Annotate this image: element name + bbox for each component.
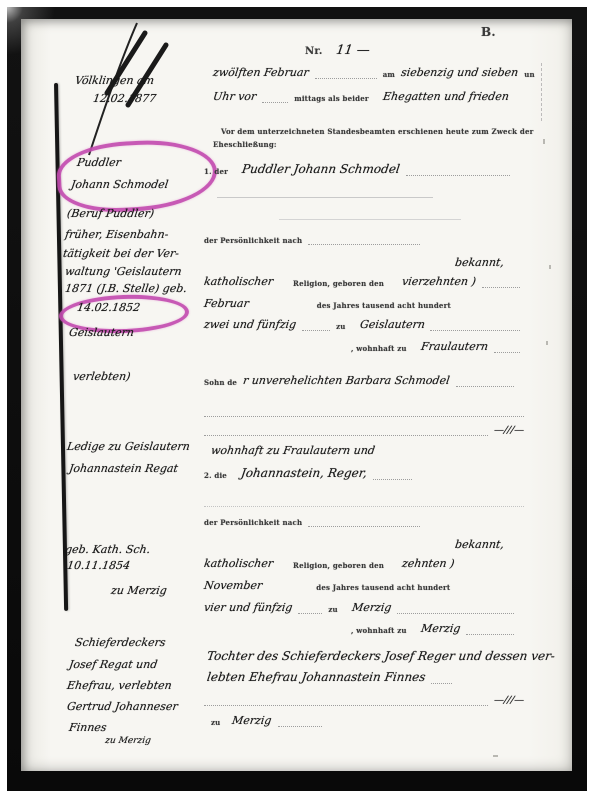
margin-parents-3: Ehefrau, verlebten	[66, 680, 172, 692]
dateline-print-am: am	[383, 70, 395, 79]
margin-verlebten-note: verlebten)	[72, 371, 131, 383]
dateline-print-un: un	[524, 70, 535, 79]
page-content: B. Nr. 11 — Völklingen am 12.02.1877 Pud…	[21, 19, 572, 771]
form-row-pers-bride: der Persönlichkeit nach	[204, 517, 420, 527]
zu-label: zu	[336, 322, 345, 331]
record-number-label: Nr.	[305, 46, 323, 57]
religion-entry: katholischer	[203, 276, 274, 288]
fill-line	[204, 407, 524, 417]
form-row-bekannt-groom: bekannt,	[401, 257, 504, 269]
scan-speck	[543, 139, 545, 144]
margin-parents-4: Gertrud Johanneser	[66, 701, 178, 713]
form-row-blank	[204, 497, 524, 507]
fill-line	[315, 69, 377, 79]
form-row-residence-groom: , wohnhaft zu Fraulautern	[351, 341, 520, 353]
bride-name-entry: Johannastein, Reger,	[240, 467, 368, 480]
time-entry-2: Ehegatten und frieden	[382, 91, 510, 103]
fill-line	[262, 93, 288, 103]
margin-bride-birth-3: zu Merzig	[110, 585, 167, 597]
form-row-blank	[204, 407, 524, 417]
fill-line	[308, 235, 420, 245]
religion-entry: katholischer	[203, 558, 274, 570]
form-row-religion-groom: katholischer Religion, geboren den vierz…	[204, 276, 520, 288]
document-page: B. Nr. 11 — Völklingen am 12.02.1877 Pud…	[21, 19, 572, 771]
form-row-bekannt-bride: bekannt,	[401, 539, 504, 551]
bride-number-label: 2. die	[204, 471, 227, 480]
margin-dateline-place: Völklingen am	[74, 75, 155, 87]
margin-career-note-3: waltung 'Geislautern	[64, 266, 182, 278]
fill-line	[278, 717, 322, 727]
margin-groom-name: Johann Schmodel	[70, 179, 169, 191]
form-row-birthyear-bride: vier und fünfzig zu Merzig	[204, 602, 514, 614]
margin-dateline-date: 12.02.1877	[92, 93, 157, 105]
blank-rule	[217, 197, 433, 198]
margin-groom-birthplace: Geislautern	[68, 327, 135, 339]
fill-line	[431, 674, 452, 684]
scan-speck	[549, 265, 551, 269]
form-row-year-groom: Februar des Jahres tausend acht hundert	[204, 298, 452, 310]
fill-line	[204, 497, 524, 507]
residence-entry: Fraulautern	[420, 341, 489, 353]
pers-label: der Persönlichkeit nach	[204, 236, 302, 245]
religion-label: Religion, geboren den	[293, 279, 384, 288]
scanned-registry-document: { "colors": { "marker_pink": "#c24bb0", …	[0, 0, 594, 800]
margin-career-note-2: tätigkeit bei der Ver-	[62, 248, 180, 260]
zu-label: zu	[328, 605, 337, 614]
form-row-residence-link: wohnhaft zu Fraulautern und	[211, 445, 372, 457]
blank-rule	[279, 219, 461, 220]
dateline-entry-2: siebenzig und sieben	[400, 67, 519, 79]
groom-name-entry: Puddler Johann Schmodel	[241, 163, 401, 176]
birthyear-entry: zwei und fünfzig	[203, 319, 297, 331]
hatch-mark: —///—	[493, 695, 525, 706]
birthplace-entry: Geislautern	[359, 319, 426, 331]
fill-line	[494, 343, 520, 353]
fill-line	[482, 278, 520, 288]
birthplace-entry: Merzig	[351, 602, 392, 614]
intro-print-line-1: Vor dem unterzeichneten Standesbeamten e…	[221, 127, 534, 136]
hatch-mark: —///—	[493, 425, 525, 436]
birthmonth-entry: Februar	[203, 298, 249, 310]
margin-bride-note-1: Ledige zu Geislautern	[66, 441, 190, 453]
form-row-bride: 2. die Johannastein, Reger,	[204, 467, 412, 480]
margin-beruf-note: (Beruf Puddler)	[66, 208, 155, 220]
margin-parents-1: Schieferdeckers	[74, 637, 166, 649]
zu-label: zu	[211, 718, 220, 727]
sohn-entry: r unverehelichten Barbara Schmodel	[242, 375, 450, 387]
margin-career-note-1: früher, Eisenbahn-	[64, 229, 169, 241]
fill-line	[397, 604, 514, 614]
fill-line	[406, 166, 510, 176]
record-number-value: 11 —	[335, 44, 371, 58]
tochter-entry-line-1: Tochter des Schieferdeckers Josef Reger …	[206, 650, 556, 663]
intro-print-line-2: Eheschließung:	[213, 140, 277, 149]
dateline-entry: zwölften Februar	[212, 67, 309, 79]
tochter-entry-line-2: lebten Ehefrau Johannastein Finnes	[206, 671, 426, 684]
form-row-groom: 1. der Puddler Johann Schmodel	[204, 163, 510, 176]
right-faint-rule	[541, 63, 542, 121]
form-row-birthyear-groom: zwei und fünfzig zu Geislautern	[204, 319, 520, 331]
form-row-hatch-2: —///—	[204, 695, 524, 706]
margin-bride-note-2: Johannastein Regat	[68, 463, 179, 475]
form-row-hatch-1: —///—	[204, 425, 524, 436]
time-print: mittags als beider	[294, 94, 369, 103]
margin-parents-5: Finnes	[68, 722, 107, 734]
photo-frame: B. Nr. 11 — Völklingen am 12.02.1877 Pud…	[7, 7, 587, 791]
margin-career-note-4: 1871 (J.B. Stelle) geb.	[64, 283, 188, 295]
wohnhaft-label: , wohnhaft zu	[351, 626, 407, 635]
time-entry: Uhr vor	[212, 91, 257, 103]
birthday-entry: vierzehnten )	[401, 276, 476, 288]
fill-line	[308, 517, 420, 527]
fill-line	[302, 321, 330, 331]
birthday-entry: zehnten )	[401, 558, 455, 570]
fill-line	[204, 426, 488, 436]
form-row-year-bride: November des Jahres tausend acht hundert	[204, 580, 432, 592]
margin-parents-6: zu Merzig	[104, 737, 151, 747]
birthyear-entry: vier und fünfzig	[203, 602, 293, 614]
form-row-religion-bride: katholischer Religion, geboren den zehnt…	[204, 558, 502, 570]
fill-line	[456, 377, 514, 387]
scan-speck	[546, 341, 548, 345]
fill-line	[430, 321, 520, 331]
year-label: des Jahres tausend acht hundert	[317, 301, 451, 310]
wohnhaft-label: , wohnhaft zu	[351, 344, 407, 353]
pers-label: der Persönlichkeit nach	[204, 518, 302, 527]
fill-line	[466, 625, 514, 635]
margin-bride-birth-2: 10.11.1854	[66, 560, 131, 572]
year-label: des Jahres tausend acht hundert	[316, 583, 450, 592]
fill-line	[373, 470, 412, 480]
margin-groom-occupation: Puddler	[76, 157, 122, 169]
final-place-entry: Merzig	[232, 715, 273, 727]
fill-line	[298, 604, 322, 614]
bekannt-entry: bekannt,	[454, 257, 505, 269]
page-letter: B.	[481, 25, 496, 39]
form-row-final-place: zu Merzig	[211, 715, 322, 727]
bekannt-entry: bekannt,	[454, 539, 505, 551]
fill-line	[204, 696, 488, 706]
residence-entry: Merzig	[420, 623, 461, 635]
form-row-sohn: Sohn de r unverehelichten Barbara Schmod…	[204, 375, 514, 387]
scan-speck	[493, 755, 498, 757]
margin-bride-birth-1: geb. Kath. Sch.	[64, 544, 151, 556]
residence-link-entry: wohnhaft zu Fraulautern und	[210, 445, 376, 457]
margin-parents-2: Josef Regat und	[68, 659, 158, 671]
form-row-time: Uhr vor mittags als beider Ehegatten und…	[213, 91, 510, 103]
form-row-residence-bride: , wohnhaft zu Merzig	[351, 623, 514, 635]
birthmonth-entry: November	[203, 580, 263, 592]
groom-number-label: 1. der	[204, 167, 228, 176]
sohn-label: Sohn de	[204, 378, 237, 387]
form-row-tochter-2: lebten Ehefrau Johannastein Finnes	[207, 671, 452, 684]
religion-label: Religion, geboren den	[293, 561, 384, 570]
record-number: Nr. 11 —	[305, 39, 369, 58]
form-row-pers-groom: der Persönlichkeit nach	[204, 235, 420, 245]
margin-groom-birthdate: 14.02.1852	[76, 302, 141, 314]
form-row-dateline: zwölften Februar am siebenzig und sieben…	[213, 67, 520, 79]
